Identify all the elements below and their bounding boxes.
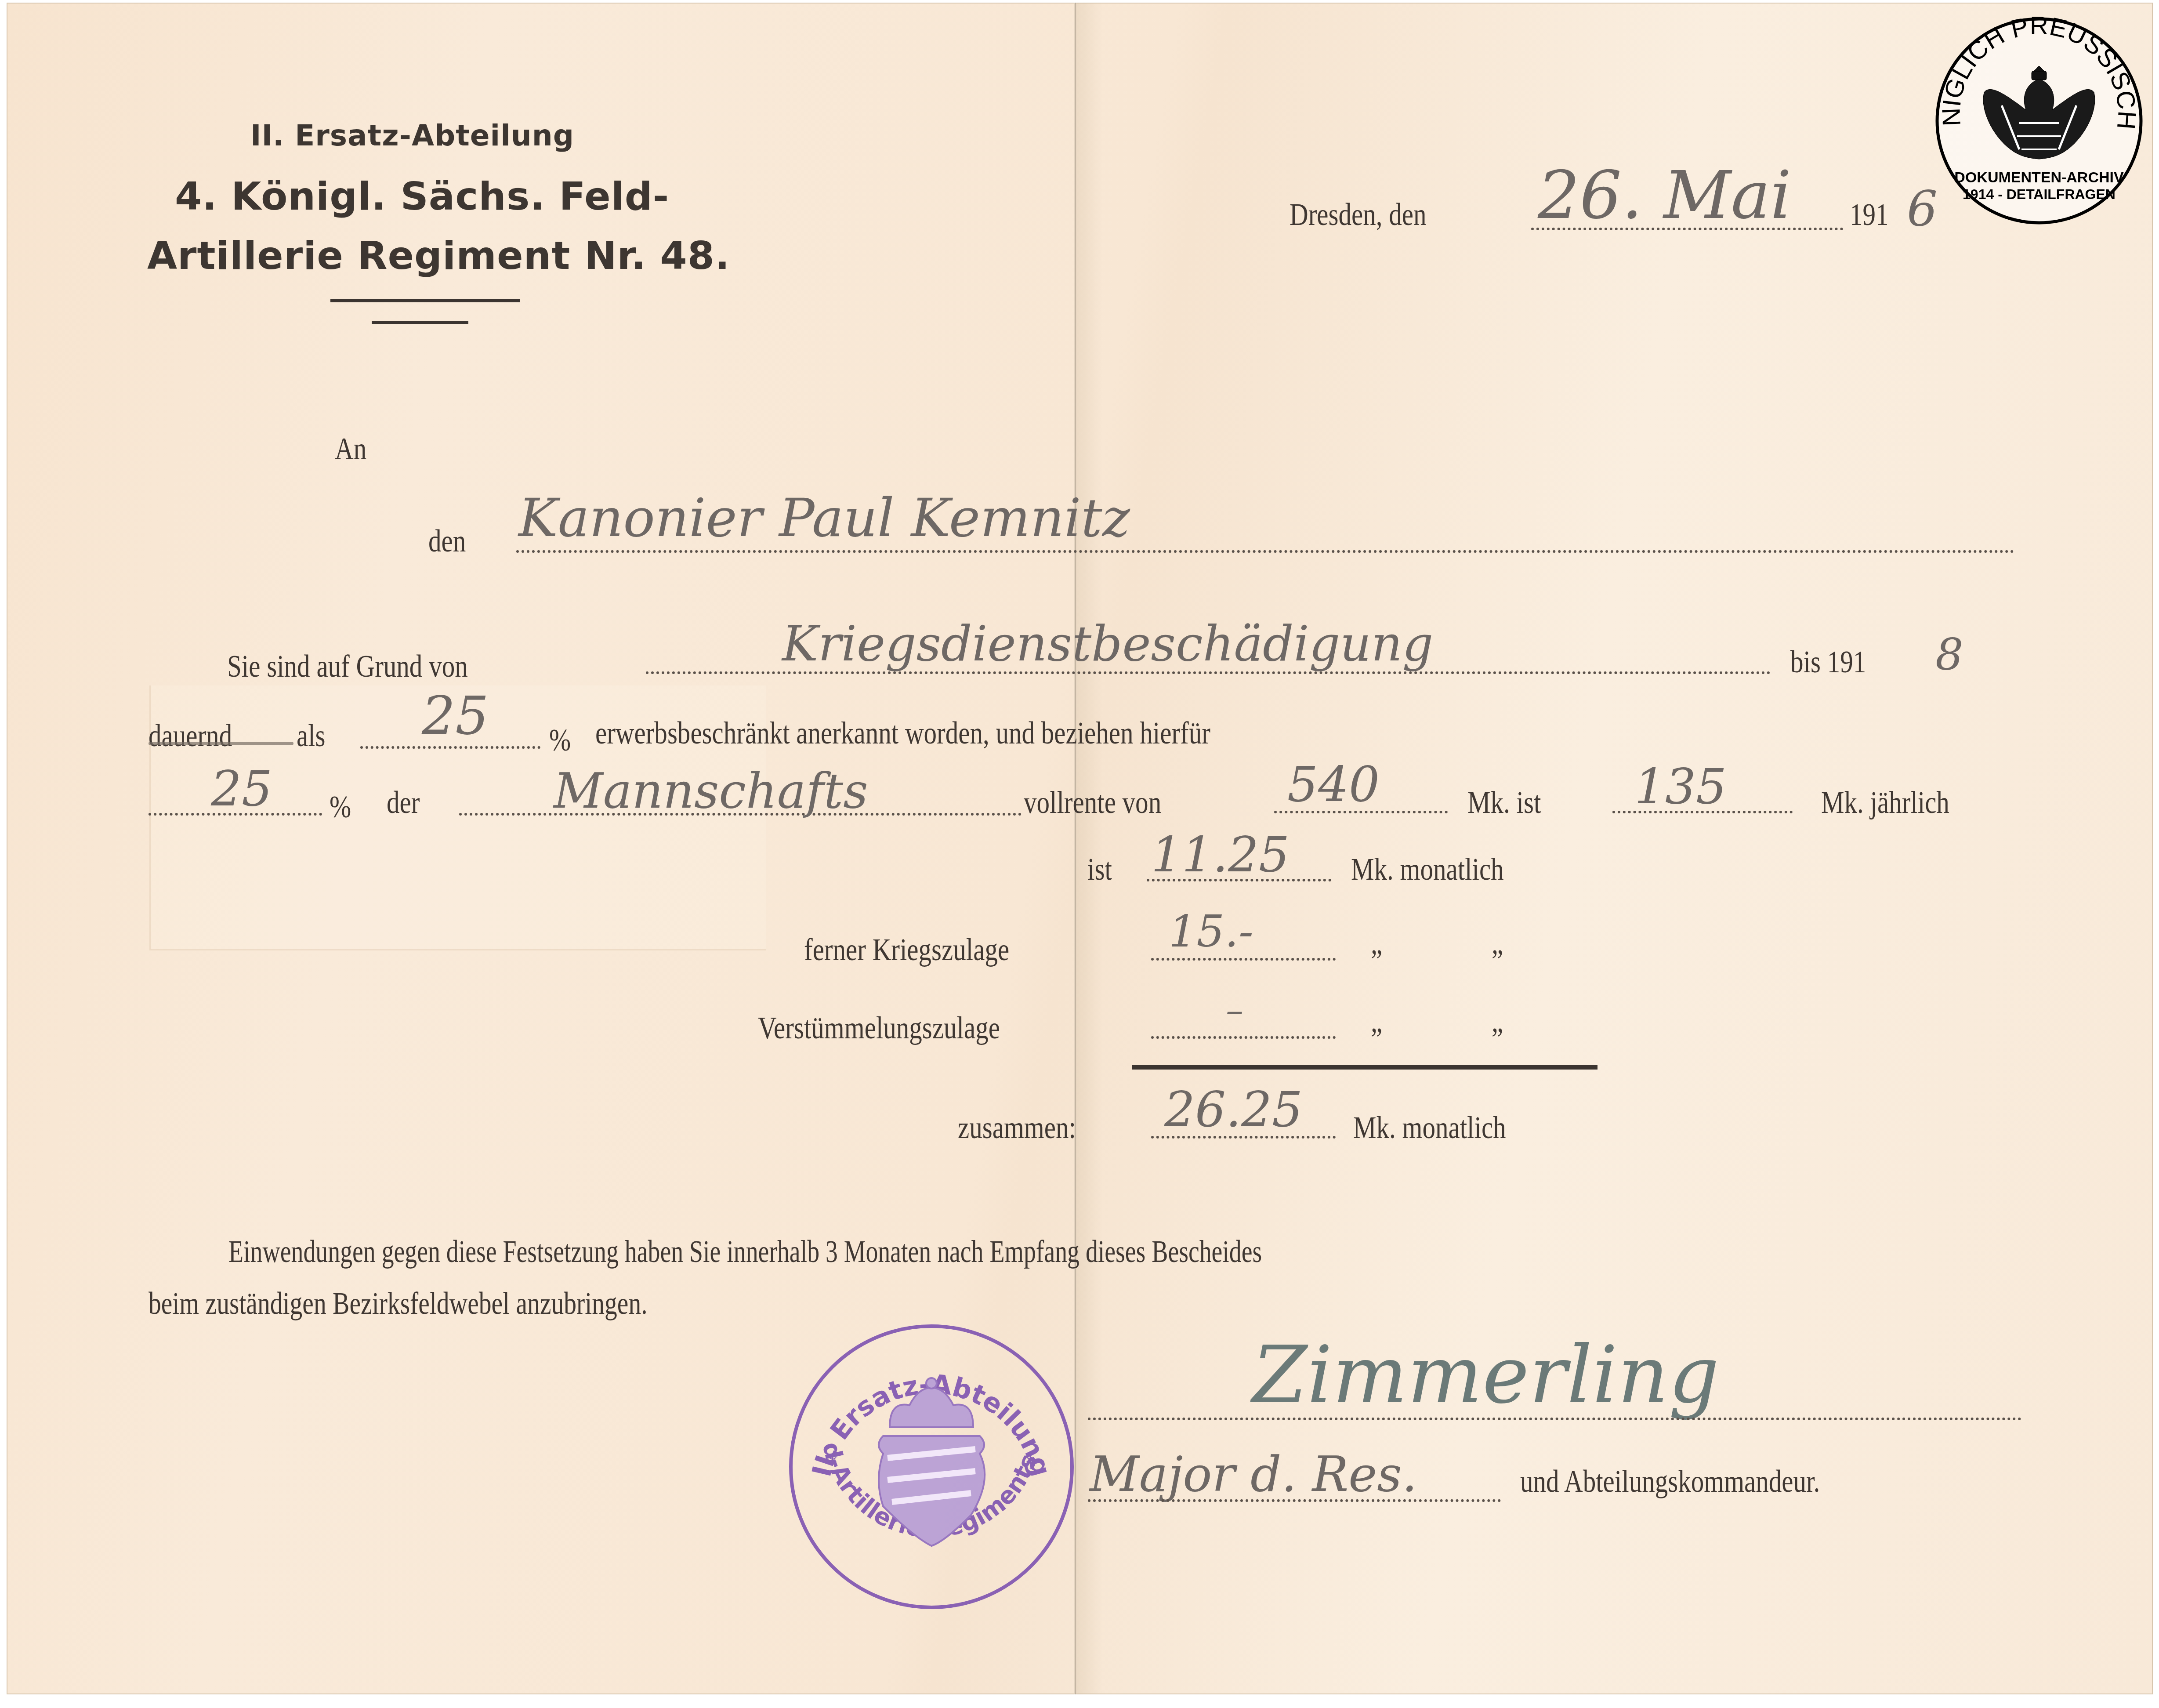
percent-sign-1: % (549, 724, 571, 756)
recipient-field-line (516, 550, 2014, 553)
svg-text:*: * (828, 1453, 837, 1473)
sum-rule (1132, 1065, 1598, 1070)
year-printed: 191 (1850, 199, 1889, 230)
mk-jaehrlich-label: Mk. jährlich (1821, 787, 1949, 818)
letterhead-line-1: II. Ersatz-Abteilung (250, 119, 574, 152)
signature-handwritten: Zimmerling (1252, 1336, 1719, 1415)
ist-label: ist (1087, 853, 1112, 885)
zusammen-label: zusammen: (958, 1112, 1076, 1143)
svg-text:*: * (1026, 1453, 1035, 1473)
percent-sign-2: % (330, 791, 351, 823)
der-label: der (387, 787, 420, 818)
yearly-amount-handwritten: 135 (1634, 762, 1727, 811)
kriegszulage-label: ferner Kriegszulage (804, 934, 1009, 965)
letterhead-rule-long (330, 299, 520, 302)
monthly-amount-handwritten: 11.25 (1151, 830, 1290, 879)
total-handwritten: 26.25 (1164, 1085, 1303, 1134)
signature-title: und Abteilungskommandeur. (1520, 1465, 1820, 1497)
vollrente-label: vollrente von (1024, 787, 1161, 818)
verstuemmelung-field-line (1151, 1036, 1336, 1039)
total-unit-label: Mk. monatlich (1353, 1112, 1506, 1143)
rate-percent-handwritten: 25 (211, 765, 272, 813)
bis-label: bis 191 (1790, 646, 1866, 678)
dauernd-strikethrough (149, 742, 293, 745)
grund-handwritten: Kriegsdienstbeschädigung (782, 620, 1433, 668)
archive-stamp: KÖNIGLICH PREUSSISCHES DOKUMENTEN-ARCHIV… (1931, 13, 2147, 228)
ditto-mark: ” (1371, 945, 1382, 976)
archive-stamp-line-2: 1914 - DETAILFRAGEN (1963, 186, 2116, 202)
ditto-mark: ” (1371, 1023, 1382, 1055)
letterhead-rule-short (372, 321, 468, 324)
mk-monatlich-label: Mk. monatlich (1351, 853, 1504, 885)
letterhead-line-2: 4. Königl. Sächs. Feld- (175, 174, 669, 219)
kriegszulage-field-line (1151, 958, 1336, 961)
an-label: An (335, 433, 366, 464)
kriegszulage-handwritten: 15.- (1169, 910, 1253, 954)
verstuemmelung-label: Verstümmelungszulage (758, 1012, 1000, 1044)
bis-year-handwritten: 8 (1935, 633, 1963, 677)
vollrente-amount-handwritten: 540 (1287, 760, 1380, 809)
notice-line-1: Einwendungen gegen diese Festsetzung hab… (228, 1236, 1262, 1267)
dauernd-struck: dauernd (149, 720, 232, 751)
notice-line-2: beim zuständigen Bezirksfeldwebel anzubr… (149, 1287, 648, 1319)
erwerbs-text: erwerbsbeschränkt anerkannt worden, und … (595, 717, 1210, 749)
mk-ist-label: Mk. ist (1467, 787, 1541, 818)
grund-prefix: Sie sind auf Grund von (227, 650, 468, 682)
dateline-prefix: Dresden, den (1290, 199, 1426, 230)
ditto-mark: ” (1492, 945, 1503, 976)
rank-handwritten: Major d. Res. (1090, 1450, 1417, 1498)
verstuemmelung-handwritten: – (1226, 993, 1243, 1028)
date-handwritten: 26. Mai (1538, 163, 1791, 228)
recipient-name-handwritten: Kanonier Paul Kemnitz (518, 492, 1130, 545)
letterhead-line-3: Artillerie Regiment Nr. 48. (147, 233, 730, 278)
den-label: den (428, 525, 466, 557)
rent-type-handwritten: Mannschafts (554, 767, 868, 815)
als-label: als (297, 720, 326, 751)
percent-handwritten: 25 (422, 690, 489, 743)
archive-stamp-line-1: DOKUMENTEN-ARCHIV (1954, 169, 2124, 186)
ditto-mark: ” (1492, 1023, 1503, 1055)
signature-field-line (1088, 1418, 2021, 1420)
unit-stamp: II. Ersatz-Abteilung 4. Feld-Artillerie-… (782, 1317, 1081, 1616)
rank-field-line (1088, 1499, 1501, 1502)
